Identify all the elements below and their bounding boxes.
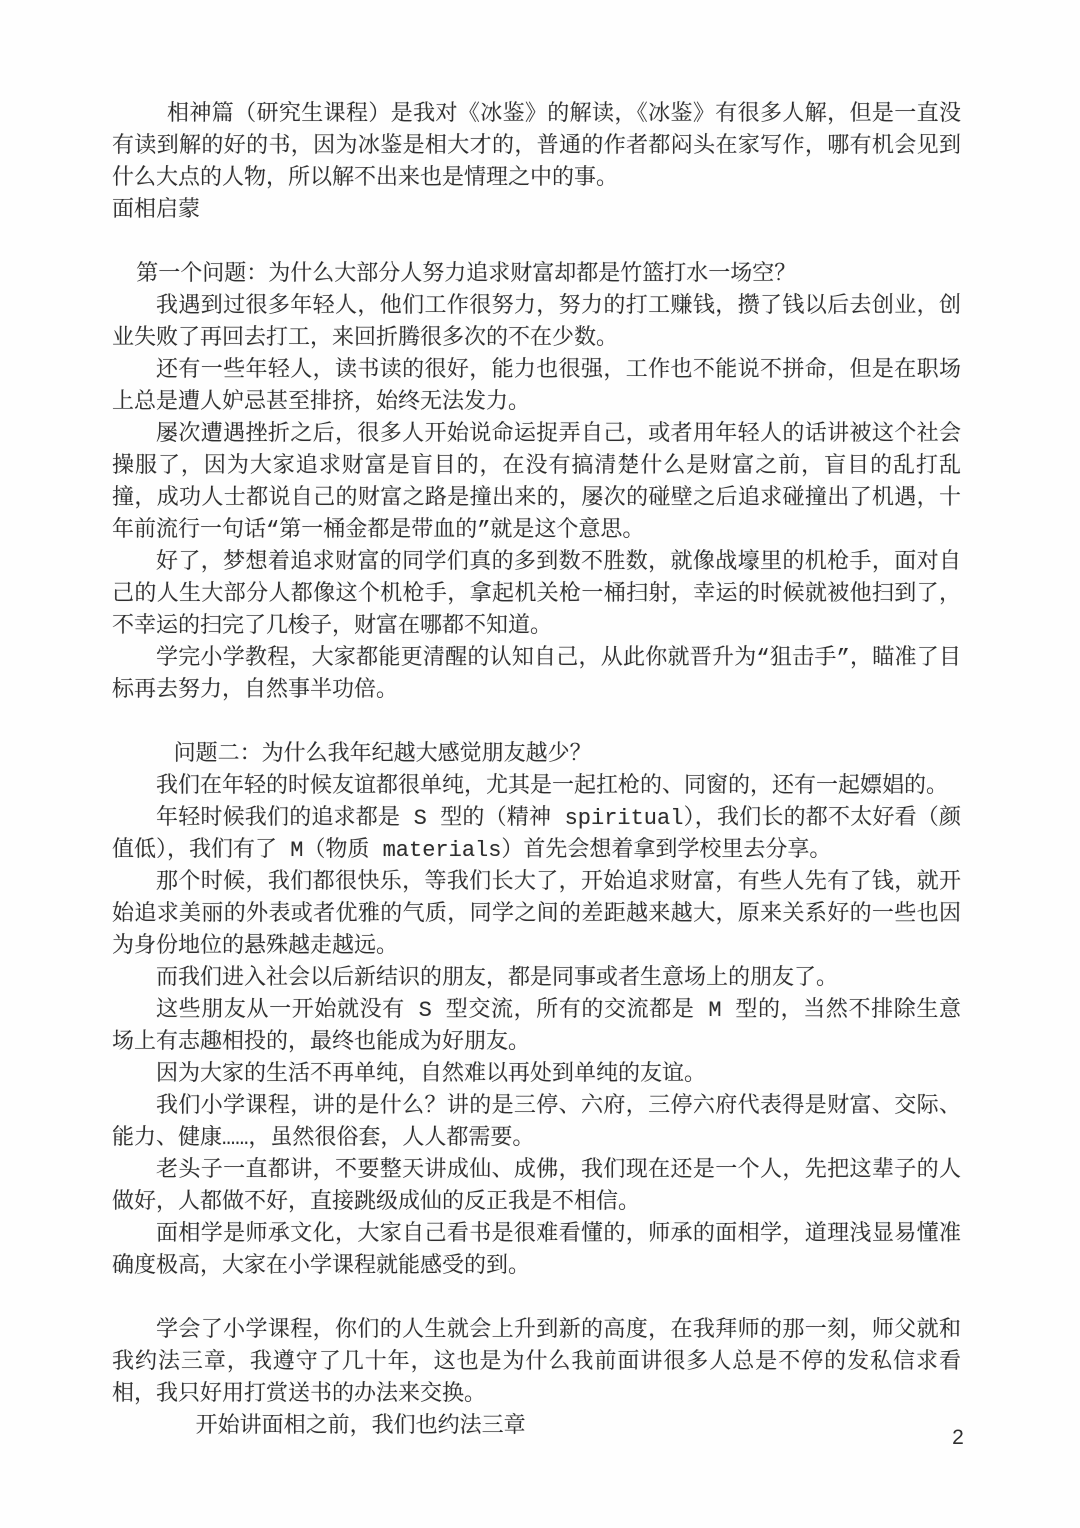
document-page: 相神篇（研究生课程）是我对《冰鉴》的解读，《冰鉴》有很多人解，但是一直没有读到解… — [0, 0, 1080, 1528]
paragraph: 开始讲面相之前，我们也约法三章 — [112, 1411, 961, 1443]
paragraph: 学会了小学课程，你们的人生就会上升到新的高度，在我拜师的那一刻，师父就和我约法三… — [112, 1315, 961, 1411]
paragraph: 年轻时候我们的追求都是 S 型的（精神 spiritual），我们长的都不太好看… — [112, 803, 961, 867]
paragraph: 我们小学课程，讲的是什么？讲的是三停、六府，三停六府代表得是财富、交际、能力、健… — [112, 1091, 961, 1155]
section-heading: 问题二：为什么我年纪越大感觉朋友越少？ — [112, 739, 961, 771]
paragraph: 因为大家的生活不再单纯，自然难以再处到单纯的友谊。 — [112, 1059, 961, 1091]
paragraph: 那个时候，我们都很快乐，等我们长大了，开始追求财富，有些人先有了钱，就开始追求美… — [112, 867, 961, 963]
paragraph: 而我们进入社会以后新结识的朋友，都是同事或者生意场上的朋友了。 — [112, 963, 961, 995]
paragraph: 面相学是师承文化，大家自己看书是很难看懂的，师承的面相学，道理浅显易懂准确度极高… — [112, 1219, 961, 1283]
page-number: 2 — [946, 1424, 970, 1452]
paragraph: 屡次遭遇挫折之后，很多人开始说命运捉弄自己，或者用年轻人的话讲被这个社会操服了，… — [112, 419, 961, 547]
paragraph: 老头子一直都讲，不要整天讲成仙、成佛，我们现在还是一个人，先把这辈子的人做好，人… — [112, 1155, 961, 1219]
paragraph: 我们在年轻的时候友谊都很单纯，尤其是一起扛枪的、同窗的，还有一起嫖娼的。 — [112, 771, 961, 803]
section-heading: 面相启蒙 — [112, 195, 961, 227]
section-heading: 第一个问题：为什么大部分人努力追求财富却都是竹篮打水一场空？ — [112, 259, 961, 291]
paragraph: 好了，梦想着追求财富的同学们真的多到数不胜数，就像战壕里的机枪手，面对自己的人生… — [112, 547, 961, 643]
paragraph: 学完小学教程，大家都能更清醒的认知自己，从此你就晋升为“狙击手”，瞄准了目标再去… — [112, 643, 961, 707]
paragraph: 这些朋友从一开始就没有 S 型交流，所有的交流都是 M 型的，当然不排除生意场上… — [112, 995, 961, 1059]
paragraph: 相神篇（研究生课程）是我对《冰鉴》的解读，《冰鉴》有很多人解，但是一直没有读到解… — [112, 99, 961, 195]
paragraph: 我遇到过很多年轻人，他们工作很努力，努力的打工赚钱，攒了钱以后去创业，创业失败了… — [112, 291, 961, 355]
paragraph: 还有一些年轻人，读书读的很好，能力也很强，工作也不能说不拼命，但是在职场上总是遭… — [112, 355, 961, 419]
document-text-body: 相神篇（研究生课程）是我对《冰鉴》的解读，《冰鉴》有很多人解，但是一直没有读到解… — [112, 99, 961, 1443]
